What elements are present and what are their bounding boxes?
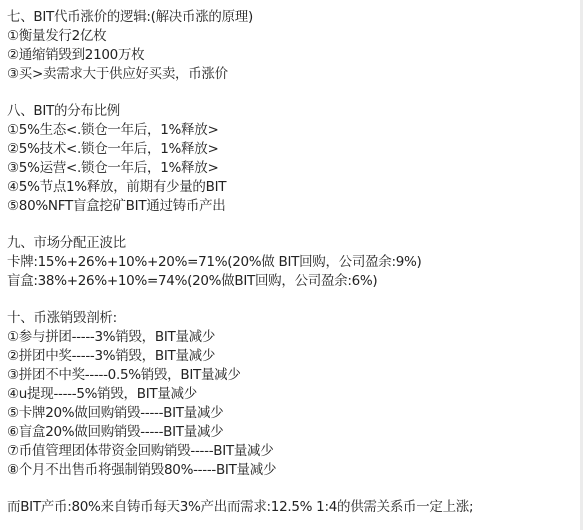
- list-item: ①参与拼团-----3%销毁，BIT量减少: [7, 328, 577, 347]
- section-8: 八、BIT的分布比例 ①5%生态<.锁仓一年后，1%释放> ②5%技术<.锁仓一…: [7, 102, 577, 216]
- list-item: ②5%技术<.锁仓一年后，1%释放>: [7, 140, 577, 159]
- list-item: ①衡量发行2亿枚: [7, 27, 577, 46]
- list-item: ⑤80%NFT盲盒挖矿BIT通过铸币产出: [7, 197, 577, 216]
- list-item: ⑧个月不出售币将强制销毁80%-----BIT量减少: [7, 461, 577, 480]
- list-item: 盲盒:38%+26%+10%=74%(20%做BIT回购，公司盈余:6%): [7, 272, 577, 291]
- spacer: [7, 480, 577, 498]
- spacer: [7, 291, 577, 309]
- spacer: [7, 216, 577, 234]
- document-body: 七、BIT代币涨价的逻辑:(解决币涨的原理) ①衡量发行2亿枚 ②通缩销毁到21…: [7, 8, 577, 517]
- section-heading: 九、市场分配正波比: [7, 234, 577, 253]
- list-item: ⑥盲盒20%做回购销毁-----BIT量减少: [7, 423, 577, 442]
- list-item: ③买>卖需求大于供应好买卖，币涨价: [7, 65, 577, 84]
- list-item: ⑦币值管理团体带资金回购销毁-----BIT量减少: [7, 442, 577, 461]
- section-10: 十、币涨销毁剖析: ①参与拼团-----3%销毁，BIT量减少 ②拼团中奖---…: [7, 309, 577, 480]
- list-item: ②拼团中奖-----3%销毁，BIT量减少: [7, 347, 577, 366]
- list-item: ④5%节点1%释放，前期有少量的BIT: [7, 178, 577, 197]
- section-heading: 十、币涨销毁剖析:: [7, 309, 577, 328]
- footer-summary: 而BIT产币:80%来自铸币每天3%产出而需求:12.5% 1:4的供需关系币一…: [7, 498, 577, 517]
- spacer: [7, 84, 577, 102]
- section-9: 九、市场分配正波比 卡牌:15%+26%+10%+20%=71%(20%做 BI…: [7, 234, 577, 291]
- list-item: ③拼团不中奖-----0.5%销毁，BIT量减少: [7, 366, 577, 385]
- section-7: 七、BIT代币涨价的逻辑:(解决币涨的原理) ①衡量发行2亿枚 ②通缩销毁到21…: [7, 8, 577, 84]
- list-item: ②通缩销毁到2100万枚: [7, 46, 577, 65]
- list-item: ①5%生态<.锁仓一年后，1%释放>: [7, 121, 577, 140]
- section-heading: 七、BIT代币涨价的逻辑:(解决币涨的原理): [7, 8, 577, 27]
- list-item: 卡牌:15%+26%+10%+20%=71%(20%做 BIT回购，公司盈余:9…: [7, 253, 577, 272]
- list-item: ⑤卡牌20%做回购销毁-----BIT量减少: [7, 404, 577, 423]
- list-item: ④u提现-----5%销毁，BIT量减少: [7, 385, 577, 404]
- list-item: ③5%运营<.锁仓一年后，1%释放>: [7, 159, 577, 178]
- section-heading: 八、BIT的分布比例: [7, 102, 577, 121]
